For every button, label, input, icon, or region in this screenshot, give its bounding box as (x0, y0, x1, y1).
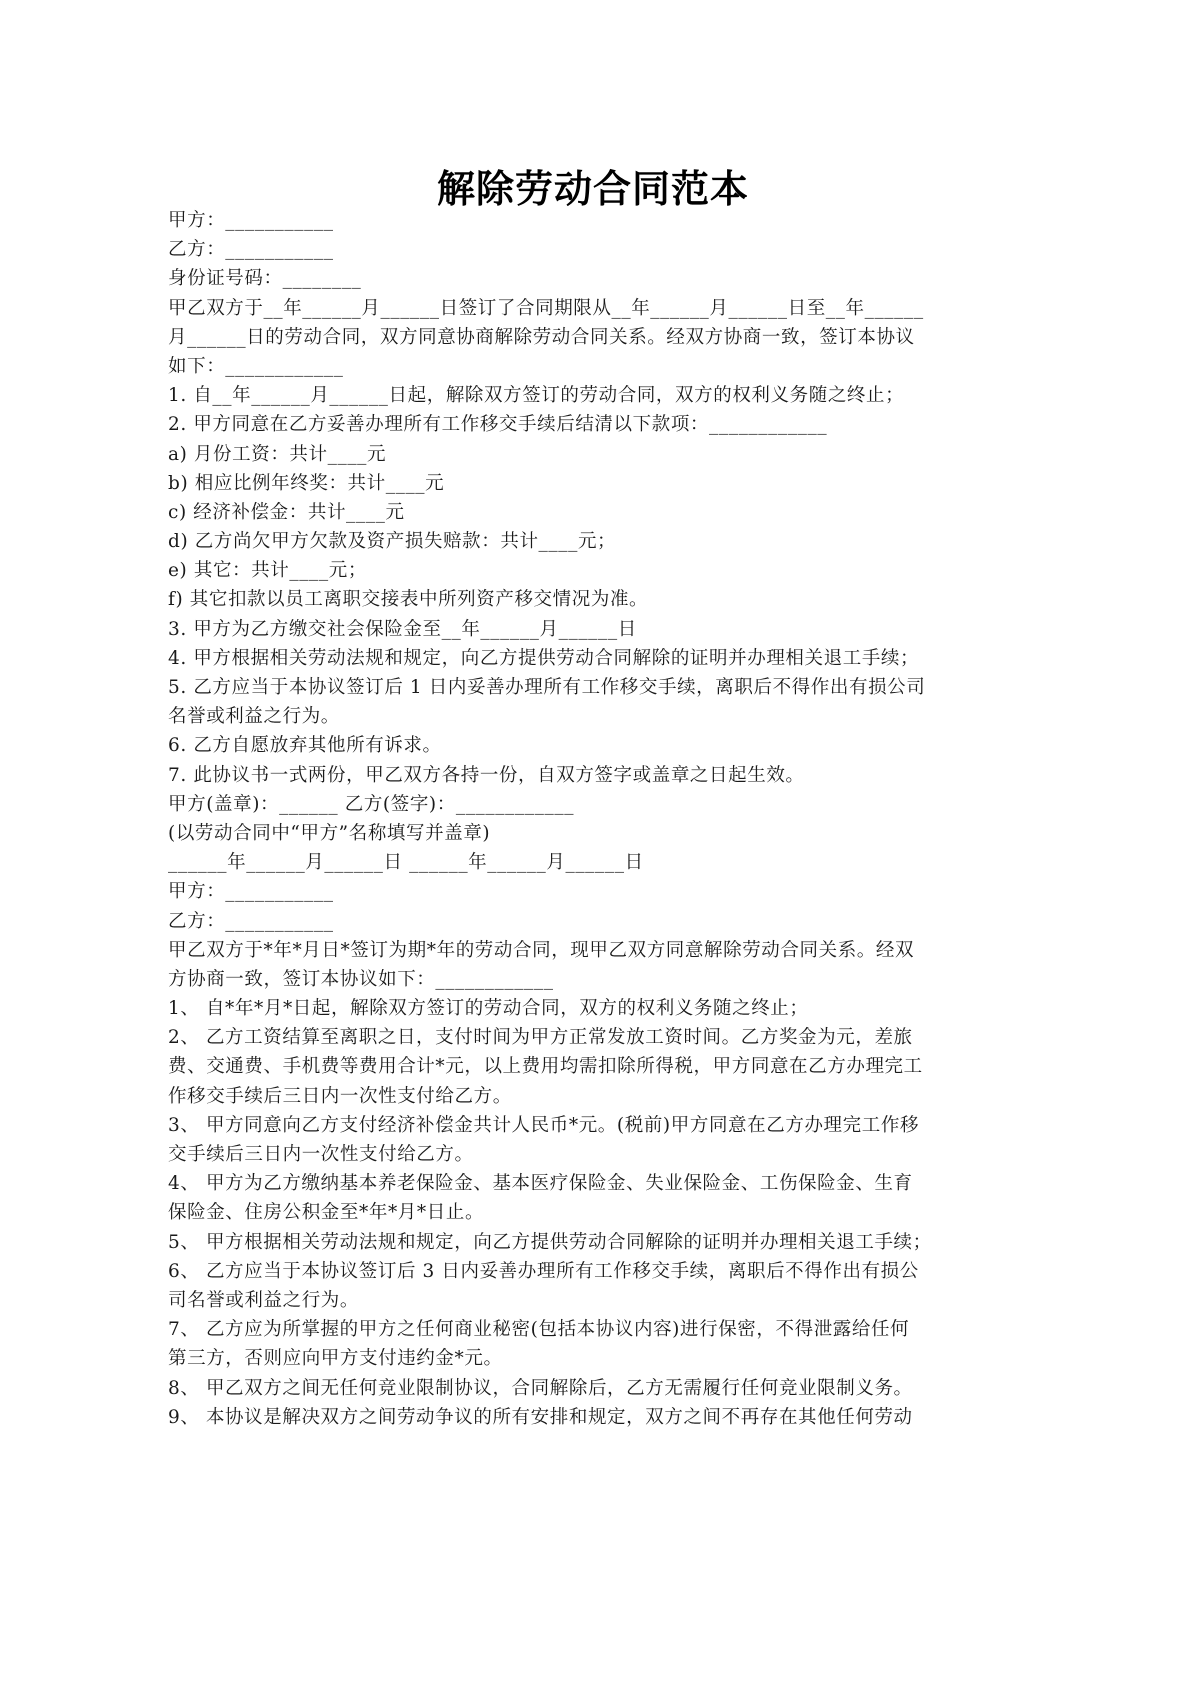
document-line: 交手续后三日内一次性支付给乙方。 (168, 1140, 1018, 1169)
document-line: 3. 甲方为乙方缴交社会保险金至__年______月______日 (168, 615, 1018, 644)
document-line: 保险金、住房公积金至*年*月*日止。 (168, 1198, 1018, 1227)
document-line: 第三方，否则应向甲方支付违约金*元。 (168, 1344, 1018, 1373)
document-line: b) 相应比例年终奖：共计____元 (168, 469, 1018, 498)
document-line: c) 经济补偿金：共计____元 (168, 498, 1018, 527)
document-line: 7、 乙方应为所掌握的甲方之任何商业秘密(包括本协议内容)进行保密，不得泄露给任… (168, 1315, 1018, 1344)
document-line: 8、 甲乙双方之间无任何竞业限制协议，合同解除后，乙方无需履行任何竞业限制义务。 (168, 1374, 1018, 1403)
document-line: 甲乙双方于__年______月______日签订了合同期限从__年______月… (168, 294, 1018, 323)
document-line: 1、 自*年*月*日起，解除双方签订的劳动合同，双方的权利义务随之终止； (168, 994, 1018, 1023)
document-line: 4. 甲方根据相关劳动法规和规定，向乙方提供劳动合同解除的证明并办理相关退工手续… (168, 644, 1018, 673)
document-line: ______年______月______日 ______年______月____… (168, 848, 1018, 877)
document-line: 2. 甲方同意在乙方妥善办理所有工作移交手续后结清以下款项：__________… (168, 410, 1018, 439)
document-line: 甲方：___________ (168, 877, 1018, 906)
document-line: f) 其它扣款以员工离职交接表中所列资产移交情况为准。 (168, 585, 1018, 614)
document-line: e) 其它：共计____元； (168, 556, 1018, 585)
document-line: 甲方(盖章)：______ 乙方(签字)：____________ (168, 790, 1018, 819)
document-line: 5. 乙方应当于本协议签订后 1 日内妥善办理所有工作移交手续，离职后不得作出有… (168, 673, 1018, 702)
document-line: 甲方：___________ (168, 206, 1018, 235)
document-line: 身份证号码：________ (168, 264, 1018, 293)
document-line: 乙方：___________ (168, 907, 1018, 936)
document-line: 9、 本协议是解决双方之间劳动争议的所有安排和规定，双方之间不再存在其他任何劳动 (168, 1403, 1018, 1432)
document-line: d) 乙方尚欠甲方欠款及资产损失赔款：共计____元； (168, 527, 1018, 556)
document-line: 1. 自__年______月______日起，解除双方签订的劳动合同，双方的权利… (168, 381, 1018, 410)
document-line: 5、 甲方根据相关劳动法规和规定，向乙方提供劳动合同解除的证明并办理相关退工手续… (168, 1228, 1018, 1257)
document-line: 月______日的劳动合同，双方同意协商解除劳动合同关系。经双方协商一致，签订本… (168, 323, 1018, 352)
document-line: 作移交手续后三日内一次性支付给乙方。 (168, 1082, 1018, 1111)
document-line: 方协商一致，签订本协议如下：____________ (168, 965, 1018, 994)
document-body: 甲方：___________乙方：___________身份证号码：______… (168, 206, 1018, 1432)
document-line: 6、 乙方应当于本协议签订后 3 日内妥善办理所有工作移交手续，离职后不得作出有… (168, 1257, 1018, 1286)
document-line: 7. 此协议书一式两份，甲乙双方各持一份，自双方签字或盖章之日起生效。 (168, 761, 1018, 790)
document-line: 6. 乙方自愿放弃其他所有诉求。 (168, 731, 1018, 760)
document-line: 4、 甲方为乙方缴纳基本养老保险金、基本医疗保险金、失业保险金、工伤保险金、生育 (168, 1169, 1018, 1198)
document-line: 3、 甲方同意向乙方支付经济补偿金共计人民币*元。(税前)甲方同意在乙方办理完工… (168, 1111, 1018, 1140)
document-line: 甲乙双方于*年*月日*签订为期*年的劳动合同，现甲乙双方同意解除劳动合同关系。经… (168, 936, 1018, 965)
document-line: 乙方：___________ (168, 235, 1018, 264)
document-line: 费、交通费、手机费等费用合计*元，以上费用均需扣除所得税，甲方同意在乙方办理完工 (168, 1052, 1018, 1081)
document-line: 如下：____________ (168, 352, 1018, 381)
document-line: 2、 乙方工资结算至离职之日，支付时间为甲方正常发放工资时间。乙方奖金为元，差旅 (168, 1023, 1018, 1052)
document-line: 司名誉或利益之行为。 (168, 1286, 1018, 1315)
document-line: (以劳动合同中“甲方”名称填写并盖章) (168, 819, 1018, 848)
document-line: 名誉或利益之行为。 (168, 702, 1018, 731)
document-line: a) 月份工资：共计____元 (168, 440, 1018, 469)
